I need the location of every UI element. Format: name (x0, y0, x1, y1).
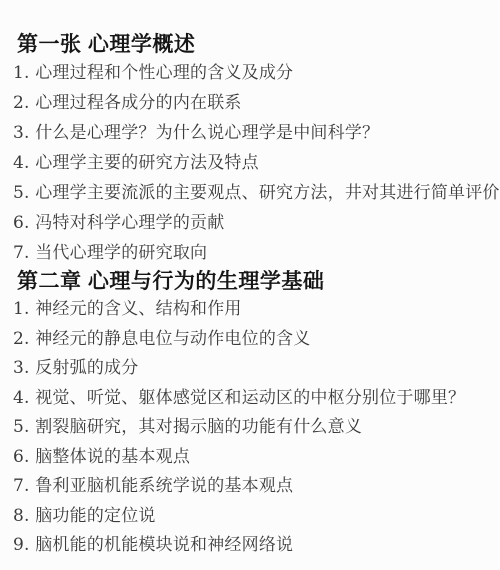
outline-item: 2. 神经元的静息电位与动作电位的含义 (13, 325, 494, 355)
outline-item: 9. 脑机能的机能模块说和神经网络说 (13, 531, 494, 561)
outline-item: 3. 反射弧的成分 (13, 354, 494, 384)
chapter-2-heading: 第二章 心理与行为的生理学基础 (17, 268, 494, 295)
outline-item: 3. 什么是心理学？为什么说心理学是中间科学？ (13, 118, 494, 148)
chapter-1-question-list: 1. 心理过程和个性心理的含义及成分 2. 心理过程各成分的内在联系 3. 什么… (13, 58, 494, 268)
outline-item: 2. 心理过程各成分的内在联系 (13, 88, 494, 118)
outline-item: 8. 脑功能的定位说 (13, 502, 494, 532)
outline-item: 7. 鲁利亚脑机能系统学说的基本观点 (13, 472, 494, 502)
outline-item: 4. 心理学主要的研究方法及特点 (13, 148, 494, 178)
outline-item: 6. 脑整体说的基本观点 (13, 443, 494, 473)
outline-item: 1. 心理过程和个性心理的含义及成分 (13, 58, 494, 88)
outline-item: 6. 冯特对科学心理学的贡献 (13, 208, 494, 238)
outline-item: 5. 心理学主要流派的主要观点、研究方法，井对其进行简单评价 (13, 178, 494, 208)
chapter-1-heading: 第一张 心理学概述 (17, 31, 494, 58)
outline-item: 5. 割裂脑研究，其对揭示脑的功能有什么意义 (13, 413, 494, 443)
outline-item: 4. 视觉、听觉、躯体感觉区和运动区的中枢分别位于哪里？ (13, 384, 494, 414)
outline-item: 1. 神经元的含义、结构和作用 (13, 295, 494, 325)
study-outline-document: 第一张 心理学概述 1. 心理过程和个性心理的含义及成分 2. 心理过程各成分的… (0, 0, 500, 570)
chapter-2-question-list: 1. 神经元的含义、结构和作用 2. 神经元的静息电位与动作电位的含义 3. 反… (13, 295, 494, 561)
outline-item: 7. 当代心理学的研究取向 (13, 238, 494, 268)
